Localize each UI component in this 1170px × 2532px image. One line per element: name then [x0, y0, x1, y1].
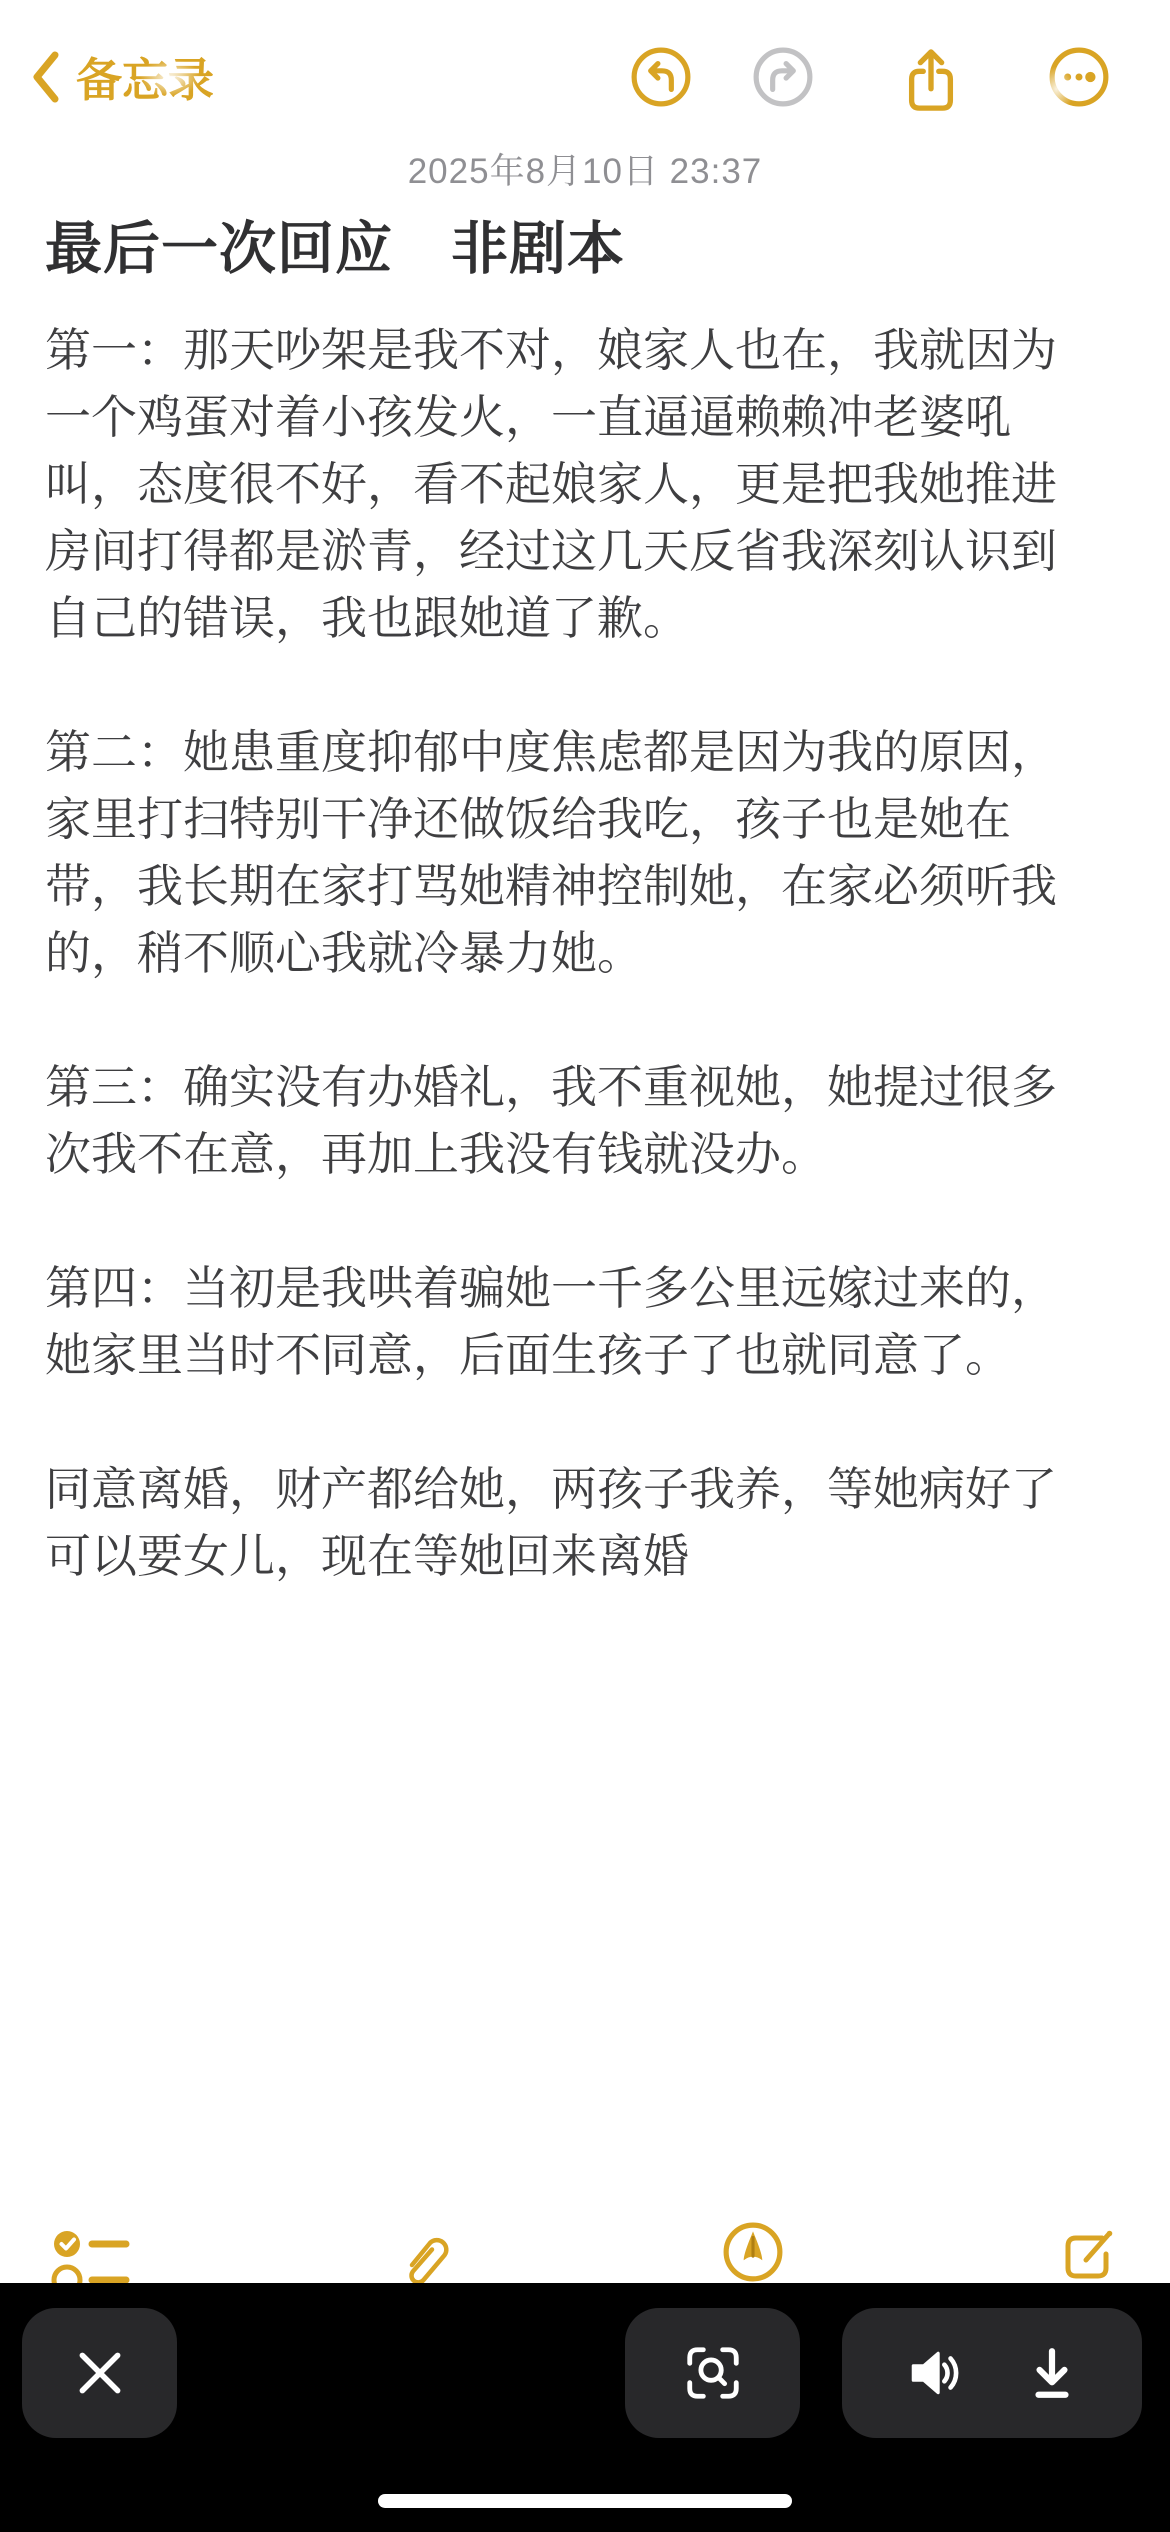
download-icon: [1025, 2344, 1079, 2402]
redo-button[interactable]: [752, 46, 814, 108]
notes-screen: 备忘录: [0, 0, 1170, 2532]
note-paragraph: 第一：那天吵架是我不对，娘家人也在，我就因为 一个鸡蛋对着小孩发火，一直逼逼赖赖…: [45, 317, 1127, 652]
speaker-icon: [905, 2344, 963, 2402]
share-button[interactable]: [900, 46, 962, 108]
compose-icon: [1056, 2224, 1120, 2288]
close-icon: [74, 2347, 126, 2399]
undo-button[interactable]: [630, 46, 692, 108]
close-button[interactable]: [22, 2308, 177, 2438]
markup-button[interactable]: [722, 2221, 784, 2283]
undo-icon: [630, 46, 692, 108]
note-paragraph: 第四：当初是我哄着骗她一千多公里远嫁过来的， 她家里当时不同意，后面生孩子了也就…: [45, 1255, 1127, 1389]
more-icon: [1048, 46, 1110, 108]
note-paragraph: 第二：她患重度抑郁中度焦虑都是因为我的原因， 家里打扫特别干净还做饭给我吃，孩子…: [45, 719, 1127, 987]
note-date: 2025年8月10日 23:37: [0, 144, 1170, 194]
download-button[interactable]: [1025, 2344, 1079, 2402]
redo-icon: [752, 46, 814, 108]
home-indicator[interactable]: [378, 2494, 792, 2508]
media-controls: [842, 2308, 1142, 2438]
back-button-label: 备忘录: [76, 44, 214, 110]
compose-button[interactable]: [1056, 2224, 1120, 2288]
visual-lookup-button[interactable]: [625, 2308, 800, 2438]
media-overlay: [0, 2283, 1170, 2532]
share-icon: [900, 46, 962, 116]
note-paragraph: 同意离婚，财产都给她，两孩子我养，等她病好了 可以要女儿，现在等她回来离婚: [45, 1456, 1127, 1590]
note-body[interactable]: 第一：那天吵架是我不对，娘家人也在，我就因为 一个鸡蛋对着小孩发火，一直逼逼赖赖…: [45, 317, 1127, 1657]
note-title[interactable]: 最后一次回应 非剧本: [45, 203, 625, 285]
nav-actions: [630, 46, 1110, 108]
back-button[interactable]: 备忘录: [30, 44, 214, 110]
markup-icon: [722, 2221, 784, 2283]
visual-lookup-icon: [682, 2342, 744, 2404]
attachment-button[interactable]: [393, 2226, 453, 2290]
speaker-button[interactable]: [905, 2344, 963, 2402]
attachment-icon: [393, 2226, 453, 2290]
more-button[interactable]: [1048, 46, 1110, 108]
note-paragraph: 第三：确实没有办婚礼，我不重视她，她提过很多 次我不在意，再加上我没有钱就没办。: [45, 1054, 1127, 1188]
back-chevron-icon: [30, 50, 60, 104]
